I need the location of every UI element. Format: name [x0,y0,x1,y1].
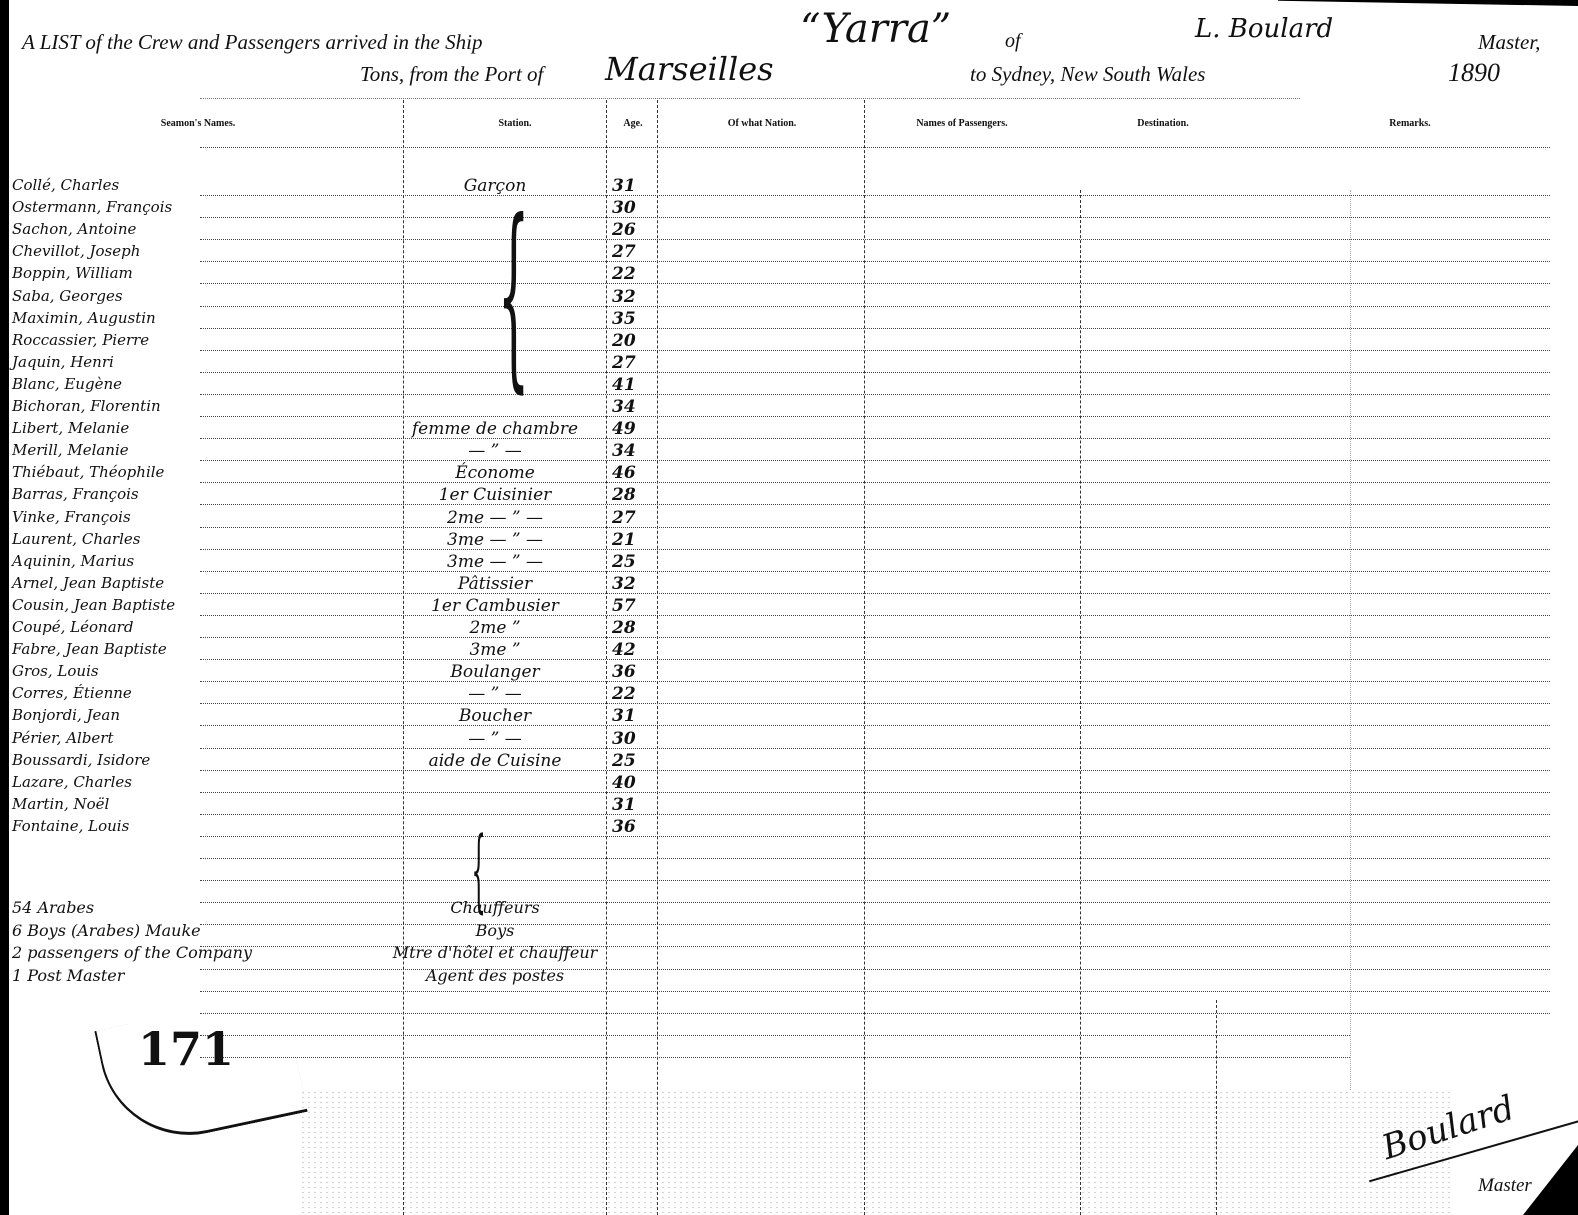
table-row: Fabre, Jean Baptiste3me ”42 [0,640,1578,662]
crew-age: 22 [612,684,652,704]
summary-row: 2 passengers of the CompanyMtre d'hôtel … [0,943,1578,965]
port-label: Tons, from the Port of [360,62,543,87]
crew-name: Coupé, Léonard [12,618,133,636]
crew-station: aide de Cuisine [385,751,605,771]
port-name: Marseilles [605,50,774,88]
crew-station: 3me ” [385,640,605,660]
crew-name: Sachon, Antoine [12,220,136,238]
crew-age: 32 [612,287,652,307]
header-underline [200,147,1550,148]
summary-row: 6 Boys (Arabes) MaukeBoys [0,921,1578,943]
crew-age: 41 [612,375,652,395]
ruled-line [200,1035,1350,1036]
table-row: Cousin, Jean Baptiste1er Cambusier57 [0,596,1578,618]
crew-name: Aquinin, Marius [12,552,134,570]
summary-station: Agent des postes [385,966,605,985]
table-row: Merill, Melanie— ” —34 [0,441,1578,463]
form-title: A LIST of the Crew and Passengers arrive… [22,30,482,55]
table-row: Arnel, Jean BaptistePâtissier32 [0,574,1578,596]
crew-name: Libert, Melanie [12,419,129,437]
crew-name: Cousin, Jean Baptiste [12,596,175,614]
table-row: Coupé, Léonard2me ”28 [0,618,1578,640]
col-remarks: Remarks. [1389,118,1430,129]
ditto-brace: { [498,195,530,435]
crew-age: 46 [612,463,652,483]
crew-age: 40 [612,773,652,793]
header-rule [200,98,1300,99]
crew-station: Boulanger [385,662,605,682]
table-row: Collé, CharlesGarçon31 [0,176,1578,198]
master-signature-label: Master [1478,1175,1532,1197]
crew-age: 36 [612,662,652,682]
crew-age: 35 [612,309,652,329]
crew-station: — ” — [385,729,605,749]
ruled-line [200,880,1550,881]
crew-name: Jaquin, Henri [12,353,114,371]
crew-age: 21 [612,530,652,550]
table-row: Bonjordi, JeanBoucher31 [0,706,1578,728]
total-count: 171 [138,1022,234,1076]
master-name: L. Boulard [1195,14,1333,44]
crew-station: 3me — ” — [385,530,605,550]
crew-name: Périer, Albert [12,729,114,747]
of-label: of [1005,30,1021,53]
table-row: Boppin, William22 [0,264,1578,286]
crew-age: 26 [612,220,652,240]
crew-name: Fontaine, Louis [12,817,129,835]
crew-age: 27 [612,242,652,262]
table-row: Libert, Melaniefemme de chambre49 [0,419,1578,441]
crew-age: 42 [612,640,652,660]
table-row: Boussardi, Isidoreaide de Cuisine25 [0,751,1578,773]
summary-name: 54 Arabes [12,898,94,917]
crew-age: 31 [612,176,652,196]
col-nation: Of what Nation. [728,118,797,129]
master-label: Master, [1478,30,1540,55]
destination-text: to Sydney, New South Wales [970,62,1205,87]
summary-station: Boys [385,921,605,940]
crew-station: Économe [385,463,605,483]
table-row: Laurent, Charles3me — ” —21 [0,530,1578,552]
crew-age: 31 [612,795,652,815]
crew-age: 49 [612,419,652,439]
col-destination: Destination. [1137,118,1188,129]
crew-age: 34 [612,397,652,417]
ruled-line [200,991,1550,992]
ship-name: “Yarra” [800,6,951,52]
crew-station: — ” — [385,684,605,704]
crew-name: Merill, Melanie [12,441,129,459]
table-row: Fontaine, Louis36 [0,817,1578,839]
crew-age: 57 [612,596,652,616]
crew-age: 20 [612,331,652,351]
table-row: Roccassier, Pierre20 [0,331,1578,353]
crew-age: 31 [612,706,652,726]
crew-name: Vinke, François [12,508,131,526]
col-passenger-names: Names of Passengers. [916,118,1007,129]
table-row: Maximin, Augustin35 [0,309,1578,331]
table-row: Sachon, Antoine26 [0,220,1578,242]
crew-name: Thiébaut, Théophile [12,463,164,481]
crew-name: Lazare, Charles [12,773,132,791]
crew-name: Fabre, Jean Baptiste [12,640,167,658]
crew-name: Bichoran, Florentin [12,397,161,415]
table-row: Lazare, Charles40 [0,773,1578,795]
summary-name: 6 Boys (Arabes) Mauke [12,921,201,940]
table-row: Bichoran, Florentin34 [0,397,1578,419]
scan-edge-top [1278,0,1578,6]
table-row: Chevillot, Joseph27 [0,242,1578,264]
summary-name: 1 Post Master [12,966,124,985]
crew-station: 3me — ” — [385,552,605,572]
col-age: Age. [623,118,642,129]
crew-name: Boppin, William [12,264,133,282]
year: 1890 [1448,58,1500,88]
crew-age: 28 [612,618,652,638]
crew-age: 22 [612,264,652,284]
table-row: Ostermann, François30 [0,198,1578,220]
scan-noise [300,1090,1450,1215]
crew-age: 27 [612,353,652,373]
ruled-line [200,1057,1350,1058]
crew-station: Garçon [385,176,605,196]
col-station: Station. [498,118,531,129]
crew-age: 30 [612,729,652,749]
crew-name: Collé, Charles [12,176,119,194]
crew-age: 25 [612,751,652,771]
crew-name: Chevillot, Joseph [12,242,140,260]
crew-name: Laurent, Charles [12,530,140,548]
table-row: Martin, Noël31 [0,795,1578,817]
crew-name: Arnel, Jean Baptiste [12,574,164,592]
crew-age: 27 [612,508,652,528]
crew-name: Bonjordi, Jean [12,706,120,724]
table-row: Aquinin, Marius3me — ” —25 [0,552,1578,574]
table-row: Barras, François1er Cuisinier28 [0,485,1578,507]
crew-station: 2me — ” — [385,508,605,528]
crew-age: 30 [612,198,652,218]
crew-station: 2me ” [385,618,605,638]
table-row: Périer, Albert— ” —30 [0,729,1578,751]
crew-name: Martin, Noël [12,795,109,813]
summary-row: 54 ArabesChauffeurs [0,898,1578,920]
table-row: Gros, LouisBoulanger36 [0,662,1578,684]
crew-name: Ostermann, François [12,198,172,216]
crew-age: 28 [612,485,652,505]
crew-age: 34 [612,441,652,461]
crew-name: Saba, Georges [12,287,123,305]
crew-station: — ” — [385,441,605,461]
crew-name: Boussardi, Isidore [12,751,150,769]
crew-age: 36 [612,817,652,837]
crew-station: 1er Cuisinier [385,485,605,505]
crew-age: 32 [612,574,652,594]
crew-station: femme de chambre [385,419,605,439]
summary-station: Chauffeurs [385,898,605,917]
crew-station: Boucher [385,706,605,726]
summary-row: 1 Post MasterAgent des postes [0,966,1578,988]
table-row: Saba, Georges32 [0,287,1578,309]
crew-station: 1er Cambusier [385,596,605,616]
crew-name: Gros, Louis [12,662,99,680]
col-seamen-names: Seamon's Names. [161,118,235,129]
table-row: Corres, Étienne— ” —22 [0,684,1578,706]
crew-station: Pâtissier [385,574,605,594]
table-row: Thiébaut, ThéophileÉconome46 [0,463,1578,485]
ruled-line [200,858,1550,859]
summary-name: 2 passengers of the Company [12,943,252,962]
crew-name: Roccassier, Pierre [12,331,149,349]
crew-age: 25 [612,552,652,572]
ruled-line [200,1013,1550,1014]
crew-name: Maximin, Augustin [12,309,156,327]
table-row: Vinke, François2me — ” —27 [0,508,1578,530]
table-row: Jaquin, Henri27 [0,353,1578,375]
table-row: Blanc, Eugène41 [0,375,1578,397]
crew-name: Corres, Étienne [12,684,132,702]
summary-station: Mtre d'hôtel et chauffeur [385,943,605,962]
crew-name: Blanc, Eugène [12,375,122,393]
crew-name: Barras, François [12,485,139,503]
